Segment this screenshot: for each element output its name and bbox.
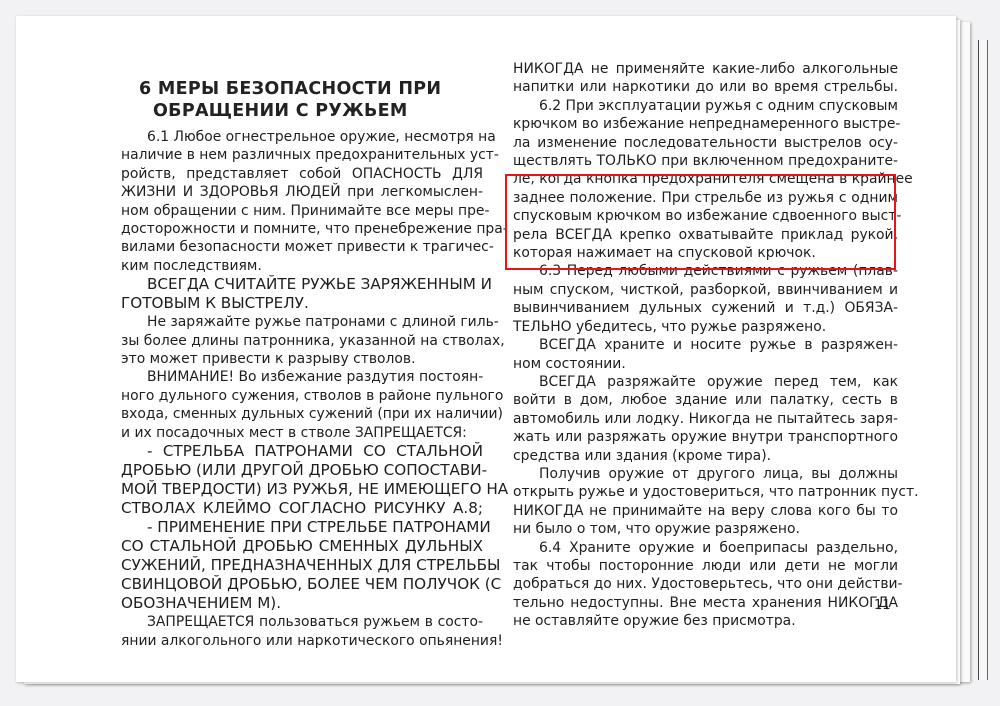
text-line: ла изменение последовательности выстрело… (513, 134, 898, 152)
text-line: вилами безопасности может привести к тра… (121, 238, 483, 256)
text-line: так чтобы посторонние люди или дети не м… (513, 557, 898, 575)
section-title-line1: 6 МЕРЫ БЕЗОПАСНОСТИ ПРИ (139, 78, 483, 100)
text-line: янии алкогольного или наркотического опь… (121, 632, 483, 650)
text-line: рела ВСЕГДА крепко охватывайте приклад р… (513, 226, 898, 244)
text-line: НИКОГДА не принимайте на веру слова кого… (513, 502, 898, 520)
text-line: ТЕЛЬНО убедитесь, что ружье разряжено. (513, 318, 898, 336)
right-column: НИКОГДА не применяйте какие-либо алкогол… (513, 60, 898, 631)
text-line: 6.4 Храните оружие и боеприпасы раздельн… (513, 539, 898, 557)
text-line: напитки или наркотики до или во время ст… (513, 78, 898, 96)
text-line: СО СТАЛЬНОЙ ДРОБЬЮ СМЕННЫХ ДУЛЬНЫХ (121, 537, 483, 556)
text-line: и их посадочных мест в стволе ЗАПРЕЩАЕТС… (121, 424, 483, 442)
text-line: входа, сменных дульных сужений (при их н… (121, 405, 483, 423)
section-title: 6 МЕРЫ БЕЗОПАСНОСТИ ПРИ ОБРАЩЕНИИ С РУЖЬ… (139, 78, 483, 122)
text-line: СВИНЦОВОЙ ДРОБЬЮ, БОЛЕЕ ЧЕМ ПОЛУЧОК (С (121, 575, 483, 594)
text-line: досторожности и помните, что пренебрежен… (121, 220, 483, 238)
text-line: ДРОБЬЮ (ИЛИ ДРУГОЙ ДРОБЬЮ СОПОСТАВИ- (121, 461, 483, 480)
text-line: ВСЕГДА храните и носите ружье в разряжен… (513, 336, 898, 354)
text-line: автомобиль или лодку. Никогда не пытайте… (513, 410, 898, 428)
text-line: СУЖЕНИЙ, ПРЕДНАЗНАЧЕННЫХ ДЛЯ СТРЕЛЬБЫ (121, 556, 483, 575)
section-title-line2: ОБРАЩЕНИИ С РУЖЬЕМ (139, 100, 483, 122)
text-line: которая нажимает на спусковой крючок. (513, 244, 898, 262)
text-line: 6.3 Перед любыми действиями с ружьем (пл… (513, 262, 898, 280)
text-line: не оставляйте оружие без присмотра. (513, 612, 898, 630)
text-line: ным спуском, чисткой, разборкой, ввинчив… (513, 281, 898, 299)
text-line: добраться до них. Удостоверьтесь, что он… (513, 575, 898, 593)
text-line: ЖИЗНИ И ЗДОРОВЬЯ ЛЮДЕЙ при легкомыслен- (121, 183, 483, 201)
text-line: ЗАПРЕЩАЕТСЯ пользоваться ружьем в состо- (121, 613, 483, 631)
text-line: 6.1 Любое огнестрельное оружие, несмотря… (121, 128, 483, 146)
text-line: войти в дом, любое здание или палатку, с… (513, 391, 898, 409)
text-line: ГОТОВЫМ К ВЫСТРЕЛУ. (121, 294, 483, 313)
text-line: зы более длины патронника, указанной на … (121, 332, 483, 350)
right-column-text: НИКОГДА не применяйте какие-либо алкогол… (513, 60, 898, 631)
text-line: ном состоянии. (513, 355, 898, 373)
text-line: ни было о том, что оружие разряжено. (513, 520, 898, 538)
text-line: МОЙ ТВЕРДОСТИ) ИЗ РУЖЬЯ, НЕ ИМЕЮЩЕГО НА (121, 480, 483, 499)
page-number: 11 (874, 598, 891, 613)
text-line: ВНИМАНИЕ! Во избежание раздутия постоян- (121, 368, 483, 386)
text-line: вывинчиванием дульных сужений и т.д.) ОБ… (513, 299, 898, 317)
text-line: это может привести к разрыву стволов. (121, 350, 483, 368)
text-line: ного дульного сужения, стволов в районе … (121, 387, 483, 405)
text-line: ном обращении с ним. Принимайте все меры… (121, 202, 483, 220)
text-line: ким последствиям. (121, 257, 483, 275)
left-column: 6 МЕРЫ БЕЗОПАСНОСТИ ПРИ ОБРАЩЕНИИ С РУЖЬ… (121, 60, 483, 650)
text-line: ществлять ТОЛЬКО при включенном предохра… (513, 152, 898, 170)
text-line: заднее положение. При стрельбе из ружья … (513, 189, 898, 207)
page-stack-edge (978, 40, 988, 680)
text-line: ройств, представляет собой ОПАСНОСТЬ ДЛЯ (121, 165, 483, 183)
text-line: ОБОЗНАЧЕНИЕМ М). (121, 594, 483, 613)
text-line: ВСЕГДА разряжайте оружие перед тем, как (513, 373, 898, 391)
text-line: ле, когда кнопка предохранителя смещена … (513, 170, 898, 188)
text-line: спусковым крючком во избежание сдвоенног… (513, 207, 898, 225)
text-line: открыть ружье и удостовериться, что патр… (513, 483, 898, 501)
text-line: - СТРЕЛЬБА ПАТРОНАМИ СО СТАЛЬНОЙ (121, 442, 483, 461)
text-line: Получив оружие от другого лица, вы должн… (513, 465, 898, 483)
text-line: НИКОГДА не применяйте какие-либо алкогол… (513, 60, 898, 78)
text-line: Не заряжайте ружье патронами с длиной ги… (121, 313, 483, 331)
text-line: жать или разряжать оружие внутри транспо… (513, 428, 898, 446)
text-line: ВСЕГДА СЧИТАЙТЕ РУЖЬЕ ЗАРЯЖЕННЫМ И (121, 275, 483, 294)
text-line: - ПРИМЕНЕНИЕ ПРИ СТРЕЛЬБЕ ПАТРОНАМИ (121, 518, 483, 537)
text-line: наличие в нем различных предохранительны… (121, 146, 483, 164)
left-column-text: 6.1 Любое огнестрельное оружие, несмотря… (121, 128, 483, 650)
text-line: тельно недоступны. Вне места хранения НИ… (513, 594, 898, 612)
text-line: средства или здания (кроме тира). (513, 447, 898, 465)
text-line: 6.2 При эксплуатации ружья с одним спуск… (513, 97, 898, 115)
text-line: СТВОЛАХ КЛЕЙМО СОГЛАСНО РИСУНКУ А.8; (121, 499, 483, 518)
text-line: крючком во избежание непреднамеренного в… (513, 115, 898, 133)
